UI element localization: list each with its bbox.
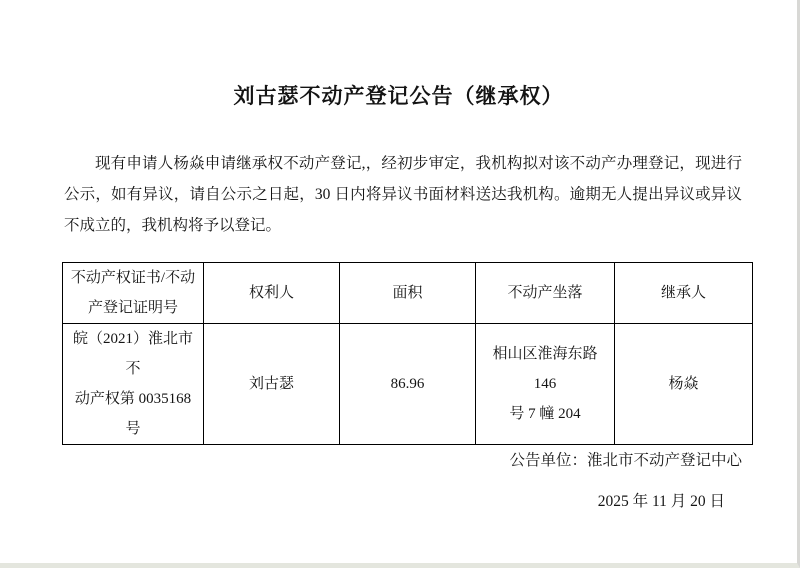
document-page: 刘古瑟不动产登记公告（继承权） 现有申请人杨焱申请继承权不动产登记,，经初步审定… bbox=[0, 0, 800, 568]
header-cell-inheritor: 继承人 bbox=[615, 263, 753, 324]
announcer-unit-line: 公告单位：淮北市不动产登记中心 bbox=[0, 451, 742, 471]
header-cell-rights-holder: 权利人 bbox=[204, 263, 340, 324]
announcement-date: 2025 年 11 月 20 日 bbox=[0, 492, 725, 512]
cell-inheritor: 杨焱 bbox=[615, 324, 753, 445]
table-header-row: 不动产权证书/不动 产登记证明号 权利人 面积 不动产坐落 继承人 bbox=[63, 263, 753, 324]
announcement-title: 刘古瑟不动产登记公告（继承权） bbox=[0, 0, 797, 109]
cell-area: 86.96 bbox=[340, 324, 476, 445]
cell-rights-holder: 刘古瑟 bbox=[204, 324, 340, 445]
header-cell-area: 面积 bbox=[340, 263, 476, 324]
announcement-body-paragraph: 现有申请人杨焱申请继承权不动产登记,，经初步审定，我机构拟对该不动产办理登记，现… bbox=[64, 148, 742, 241]
cell-property-location: 相山区淮海东路 146 号 7 幢 204 bbox=[476, 324, 615, 445]
table-row: 皖（2021）淮北市不 动产权第 0035168 号 刘古瑟 86.96 相山区… bbox=[63, 324, 753, 445]
header-cell-property-location: 不动产坐落 bbox=[476, 263, 615, 324]
header-cell-certificate-number: 不动产权证书/不动 产登记证明号 bbox=[63, 263, 204, 324]
property-registration-table: 不动产权证书/不动 产登记证明号 权利人 面积 不动产坐落 继承人 皖（2021… bbox=[62, 262, 753, 445]
cell-certificate-number: 皖（2021）淮北市不 动产权第 0035168 号 bbox=[63, 324, 204, 445]
